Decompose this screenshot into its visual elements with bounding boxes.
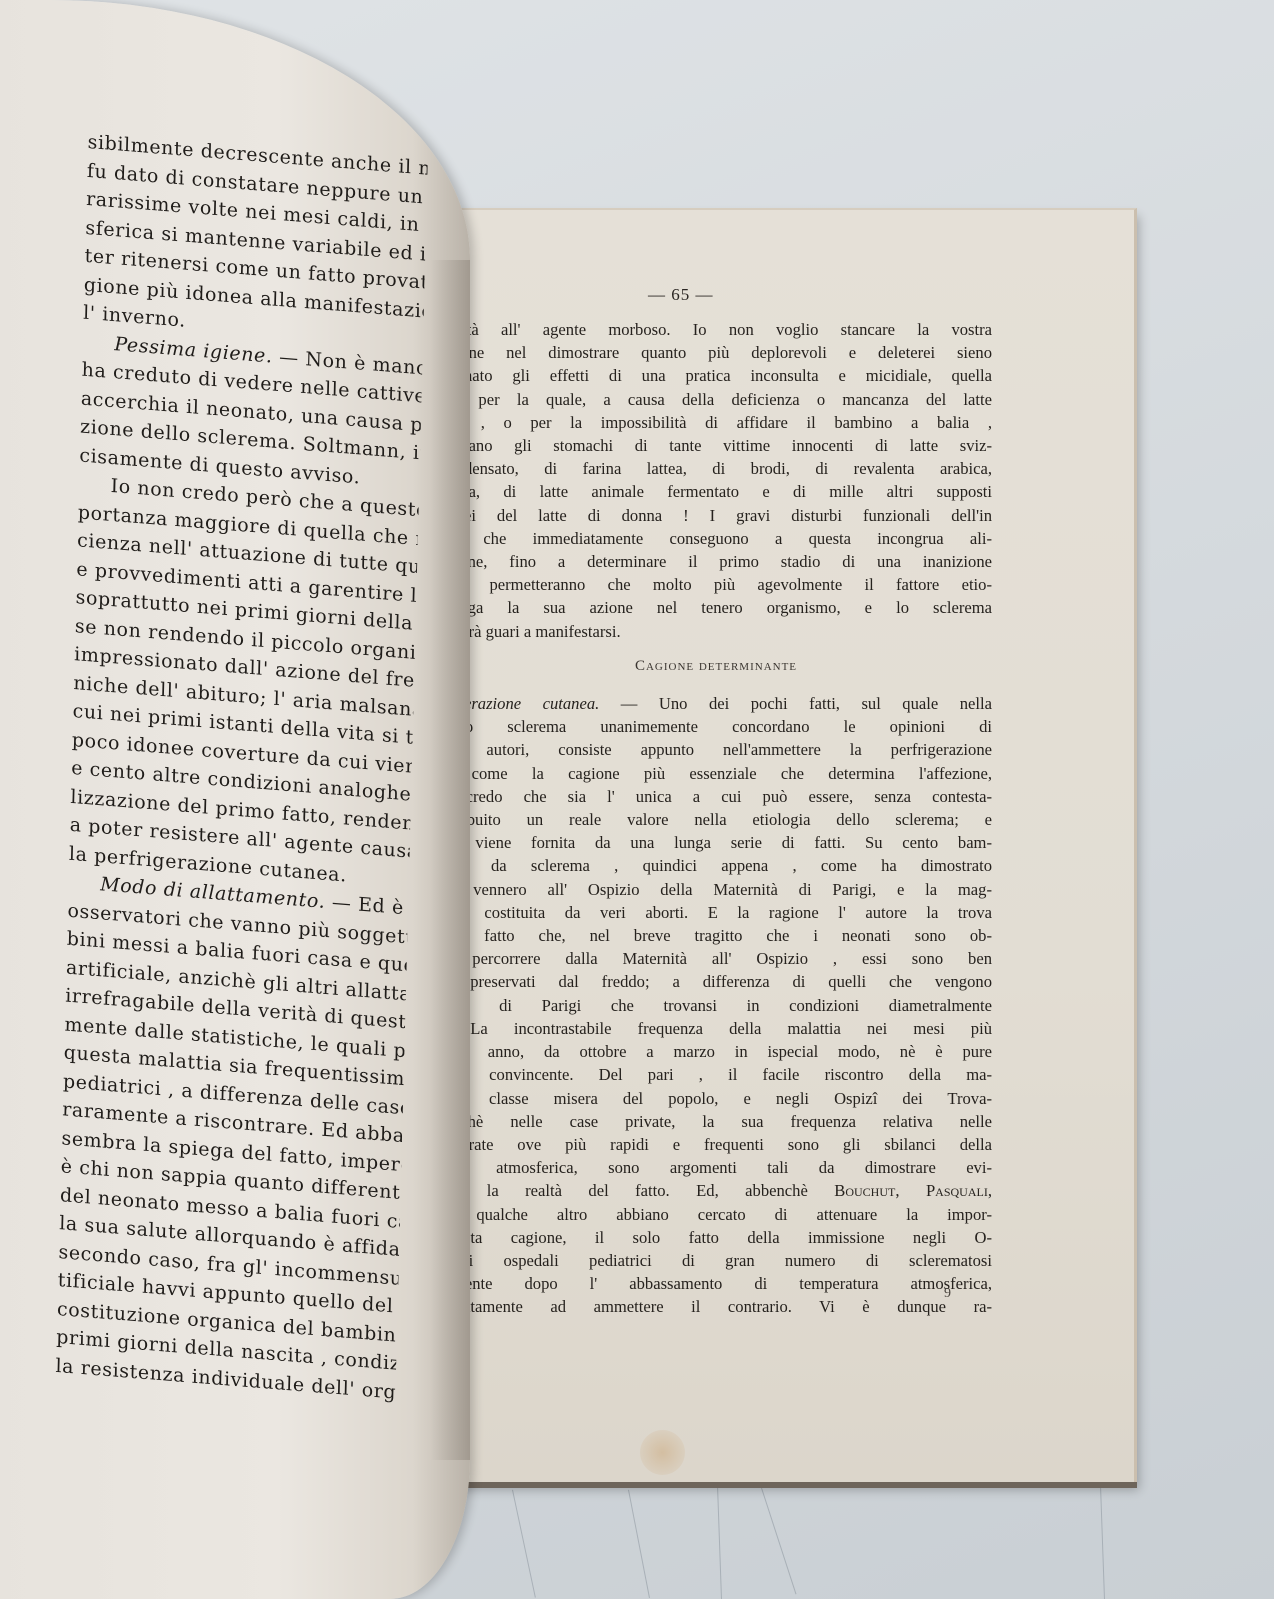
- text-line: rno , o per la impossibilità di affidare…: [440, 411, 992, 434]
- page-number: — 65 —: [648, 285, 714, 305]
- paragraph-2-first-line: frigerazione cutanea. — Uno dei pochi fa…: [440, 692, 992, 715]
- text-line: i credo che sia l' unica a cui può esser…: [440, 785, 992, 808]
- surface-scratch: [1100, 1485, 1105, 1599]
- text-line: . La incontrastabile frequenza della mal…: [440, 1017, 992, 1040]
- paragraph-1: ttività all' agente morboso. Io non vogl…: [440, 318, 992, 643]
- surface-scratch: [512, 1490, 536, 1598]
- text-line: dello sclerema unanimemente concordano l…: [440, 715, 992, 738]
- text-line: x, vennero all' Ospizio della Maternità …: [440, 878, 992, 901]
- text-line: questa cagione, il solo fatto della immi…: [440, 1226, 992, 1249]
- text-line: svolga la sua azione nel tenero organism…: [440, 596, 992, 619]
- text-line: arderà guari a manifestarsi.: [440, 620, 992, 643]
- text-line: erfettamente ad ammettere il contrario. …: [440, 1295, 992, 1318]
- text-line: nzione nel dimostrare quanto più deplore…: [440, 341, 992, 364]
- text-line: fetti da sclerema , quindici appena , co…: [440, 854, 992, 877]
- text-line: mperate ove più rapidi e frequenti sono …: [440, 1133, 992, 1156]
- text-line: va viene fornita da una lunga serie di f…: [440, 831, 992, 854]
- right-page-text: ttività all' agente morboso. Io non vogl…: [440, 318, 992, 1319]
- text-line: a percorrere dalla Maternità all' Ospizi…: [440, 947, 992, 970]
- text-line: sita, permetteranno che molto più agevol…: [440, 573, 992, 596]
- text-line: attribuito un reale valore nella etiolog…: [440, 808, 992, 831]
- text-line: pinzano gli stomachi di tante vittime in…: [440, 434, 992, 457]
- text-line: io, che immediatamente conseguono a ques…: [440, 527, 992, 550]
- text-line: tura atmosferica, sono argomenti tali da…: [440, 1156, 992, 1179]
- surface-scratch: [760, 1485, 796, 1595]
- text-line: ella classe misera del popolo, e negli O…: [440, 1087, 992, 1110]
- paper-stain: [640, 1430, 685, 1475]
- text-line: arte costituita da veri aborti. E la rag…: [440, 901, 992, 924]
- text-line: gli autori, consiste appunto nell'ammett…: [440, 738, 992, 761]
- text-line: nto per la quale, a causa della deficien…: [440, 388, 992, 411]
- text-line: condensato, di farina lattea, di brodi, …: [440, 457, 992, 480]
- text-line: erno di Parigi che trovansi in condizion…: [440, 994, 992, 1017]
- surface-scratch: [717, 1485, 722, 1599]
- text-line: azione, fino a determinare il primo stad…: [440, 550, 992, 573]
- section-heading: Cagione determinante: [440, 655, 992, 678]
- text-line: dell' anno, da ottobre a marzo in ispeci…: [440, 1040, 992, 1063]
- text-line: neonato gli effetti di una pratica incon…: [440, 364, 992, 387]
- text-line: ttività all' agente morboso. Io non vogl…: [440, 318, 992, 341]
- text-line: pioca, di latte animale fermentato e di …: [440, 480, 992, 503]
- signature-mark: 9: [944, 1286, 951, 1302]
- text-line: danei del latte di donna ! I gravi distu…: [440, 504, 992, 527]
- left-page-text: sibilmente decrescente anche il mesefu d…: [55, 128, 428, 1407]
- text-line: e qualche altro abbiano cercato di atten…: [440, 1203, 992, 1226]
- paragraph-2-tail: e qualche altro abbiano cercato di atten…: [440, 1203, 992, 1319]
- text-line: e preservati dal freddo; a differenza di…: [440, 970, 992, 993]
- author-name-pasquali: Pasquali: [926, 1181, 988, 1200]
- line-with-author-names: nte la realtà del fatto. Ed, abbenchè Bo…: [440, 1179, 992, 1202]
- text-line: nzichè nelle case private, la sua freque…: [440, 1110, 992, 1133]
- paragraph-2: dello sclerema unanimemente concordano l…: [440, 715, 992, 1179]
- author-name-bouchut: Bouchut: [834, 1181, 895, 1200]
- text-line: a come la cagione più essenziale che det…: [440, 762, 992, 785]
- text-line: nel fatto che, nel breve tragitto che i …: [440, 924, 992, 947]
- text-line: negli ospedali pediatrici di gran numero…: [440, 1249, 992, 1272]
- text-line: ova convincente. Del pari , il facile ri…: [440, 1063, 992, 1086]
- surface-scratch: [628, 1490, 650, 1598]
- text-line: tamente dopo l' abbassamento di temperat…: [440, 1272, 992, 1295]
